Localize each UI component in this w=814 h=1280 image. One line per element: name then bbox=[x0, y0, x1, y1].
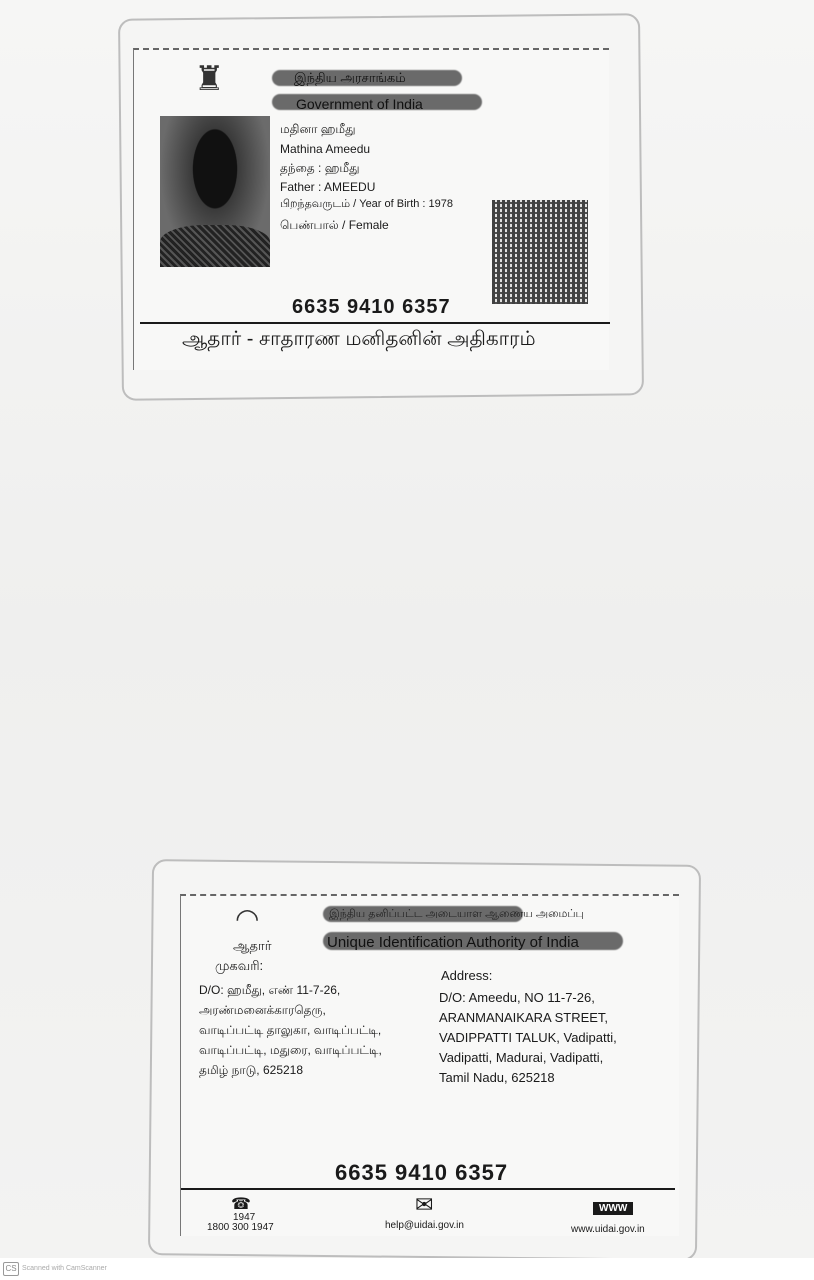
address-english: D/O: Ameedu, NO 11-7-26, ARANMANAIKARA S… bbox=[439, 988, 617, 1088]
national-emblem-icon: ♜ bbox=[194, 62, 224, 96]
divider bbox=[140, 322, 610, 324]
address-label-tamil: முகவரி: bbox=[215, 958, 263, 975]
name-english: Mathina Ameedu bbox=[280, 142, 370, 156]
header-tamil: இந்திய தனிப்பட்ட அடையாள ஆணைய அமைப்பு bbox=[329, 908, 584, 922]
www-badge: WWW bbox=[593, 1202, 633, 1215]
aadhaar-number: 6635 9410 6357 bbox=[335, 1160, 508, 1186]
scanner-watermark: Scanned with CamScanner bbox=[22, 1265, 107, 1272]
father-tamil: தந்தை : ஹமீது bbox=[280, 161, 360, 177]
header-english: Unique Identification Authority of India bbox=[327, 934, 579, 951]
phone-full: 1800 300 1947 bbox=[207, 1222, 274, 1233]
holder-photo bbox=[160, 116, 270, 267]
header-tamil: இந்திய அரசாங்கம் bbox=[294, 70, 406, 87]
scanner-footer bbox=[0, 1258, 814, 1280]
aadhaar-number: 6635 9410 6357 bbox=[292, 296, 451, 319]
camscanner-logo-icon: CS bbox=[3, 1262, 19, 1276]
mail-icon: ✉ bbox=[415, 1192, 433, 1218]
phone-icon: ☎ bbox=[231, 1194, 251, 1214]
aadhaar-front-card: ♜ இந்திய அரசாங்கம் Government of India ம… bbox=[133, 48, 609, 370]
divider bbox=[181, 1188, 675, 1190]
aadhaar-logo-icon: ◠ bbox=[235, 902, 259, 935]
aadhaar-logo-label: ஆதார் bbox=[233, 938, 272, 955]
address-label-english: Address: bbox=[441, 968, 492, 983]
father-english: Father : AMEEDU bbox=[280, 180, 375, 194]
email: help@uidai.gov.in bbox=[385, 1220, 464, 1231]
gender: பெண்பால் / Female bbox=[280, 218, 389, 234]
qr-code bbox=[492, 200, 588, 304]
header-english: Government of India bbox=[296, 96, 423, 112]
address-tamil: D/O: ஹமீது, எண் 11-7-26, அரண்மனைக்காரதெர… bbox=[199, 980, 382, 1080]
year-of-birth: பிறந்தவருடம் / Year of Birth : 1978 bbox=[280, 198, 453, 212]
website: www.uidai.gov.in bbox=[571, 1224, 645, 1235]
name-tamil: மதினா ஹமீது bbox=[280, 122, 356, 138]
scanned-page: ♜ இந்திய அரசாங்கம் Government of India ம… bbox=[0, 0, 814, 1258]
tagline: ஆதார் - சாதாரண மனிதனின் அதிகாரம் bbox=[182, 328, 536, 353]
aadhaar-back-card: ◠ ஆதார் இந்திய தனிப்பட்ட அடையாள ஆணைய அமை… bbox=[180, 894, 679, 1236]
